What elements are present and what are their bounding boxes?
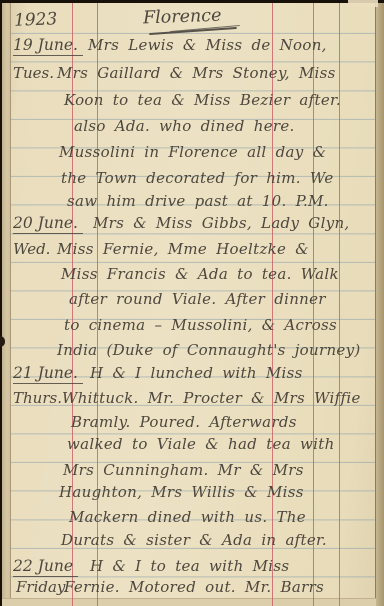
diary-row: 19 June. Mrs Lewis & Miss de Noon,	[0, 36, 384, 60]
diary-row: Miss Francis & Ada to tea. Walk	[0, 265, 384, 289]
entry-text: Fernie. Motored out. Mr. Barrs	[64, 578, 324, 596]
diary-row: saw him drive past at 10. P.M.	[0, 192, 384, 216]
entry-text: saw him drive past at 10. P.M.	[67, 192, 329, 210]
entry-text: Mrs Gaillard & Mrs Stoney, Miss	[57, 64, 336, 82]
diary-row: Mackern dined with us. The	[0, 508, 384, 532]
entry-text: also Ada. who dined here.	[74, 117, 295, 135]
diary-row: also Ada. who dined here.	[0, 117, 384, 141]
entry-text: Koon to tea & Miss Bezier after.	[64, 91, 341, 109]
entry-text: Mrs & Miss Gibbs, Lady Glyn,	[93, 214, 349, 232]
diary-row: Mrs Cunningham. Mr & Mrs	[0, 461, 384, 485]
entry-text: Mussolini in Florence all day &	[59, 143, 326, 161]
entry-text: to cinema – Mussolini, & Across	[64, 316, 337, 334]
entry-date-label: 19 June.	[13, 36, 83, 56]
diary-row: India (Duke of Connaught's journey)	[0, 341, 384, 365]
diary-row: to cinema – Mussolini, & Across	[0, 316, 384, 340]
diary-page-scan: 1923 Florence 19 June. Mrs Lewis & Miss …	[0, 0, 384, 606]
entry-day-label: Tues.	[13, 64, 54, 82]
diary-row: 20 June. Mrs & Miss Gibbs, Lady Glyn,	[0, 214, 384, 238]
year-label: 1923	[14, 9, 58, 30]
diary-row: Koon to tea & Miss Bezier after.	[0, 91, 384, 115]
diary-row: Durats & sister & Ada in after.	[0, 531, 384, 555]
diary-row: Friday. Fernie. Motored out. Mr. Barrs	[0, 578, 384, 602]
entry-day-label: Friday.	[16, 578, 68, 596]
entry-text: Miss Fernie, Mme Hoeltzke &	[57, 240, 309, 258]
diary-row: after round Viale. After dinner	[0, 290, 384, 314]
entry-text: H & I to tea with Miss	[90, 557, 289, 575]
entry-text: Mrs Cunningham. Mr & Mrs	[63, 461, 304, 479]
diary-row: Wed. Miss Fernie, Mme Hoeltzke &	[0, 240, 384, 264]
diary-row: Tues. Mrs Gaillard & Mrs Stoney, Miss	[0, 64, 384, 88]
entry-text: walked to Viale & had tea with	[67, 435, 335, 453]
entry-text: Mackern dined with us. The	[69, 508, 306, 526]
entry-date-label: 22 June	[13, 557, 78, 577]
entry-day-label: Thurs.	[13, 389, 62, 407]
diary-row: the Town decorated for him. We	[0, 169, 384, 193]
diary-row: Haughton, Mrs Willis & Miss	[0, 483, 384, 507]
entry-text: Haughton, Mrs Willis & Miss	[59, 483, 304, 501]
entry-text: Bramly. Poured. Afterwards	[71, 413, 297, 431]
entry-text: Durats & sister & Ada in after.	[61, 531, 327, 549]
entry-text: Whittuck. Mr. Procter & Mrs Wiffie	[62, 389, 361, 407]
entry-date-label: 21 June.	[13, 364, 83, 384]
diary-row: 21 June. H & I lunched with Miss	[0, 364, 384, 388]
entry-text: after round Viale. After dinner	[69, 290, 326, 308]
entry-text: Mrs Lewis & Miss de Noon,	[88, 36, 327, 54]
diary-row: Mussolini in Florence all day &	[0, 143, 384, 167]
entry-text: Miss Francis & Ada to tea. Walk	[61, 265, 339, 283]
entry-text: H & I lunched with Miss	[90, 364, 303, 382]
entry-day-label: Wed.	[13, 240, 50, 258]
entry-date-label: 20 June.	[13, 214, 83, 234]
entry-text: the Town decorated for him. We	[61, 169, 334, 187]
diary-row: Bramly. Poured. Afterwards	[0, 413, 384, 437]
diary-row: walked to Viale & had tea with	[0, 435, 384, 459]
page-title: Florence	[143, 6, 222, 29]
entry-text: India (Duke of Connaught's journey)	[57, 341, 361, 359]
diary-row: Thurs. Whittuck. Mr. Procter & Mrs Wiffi…	[0, 389, 384, 413]
